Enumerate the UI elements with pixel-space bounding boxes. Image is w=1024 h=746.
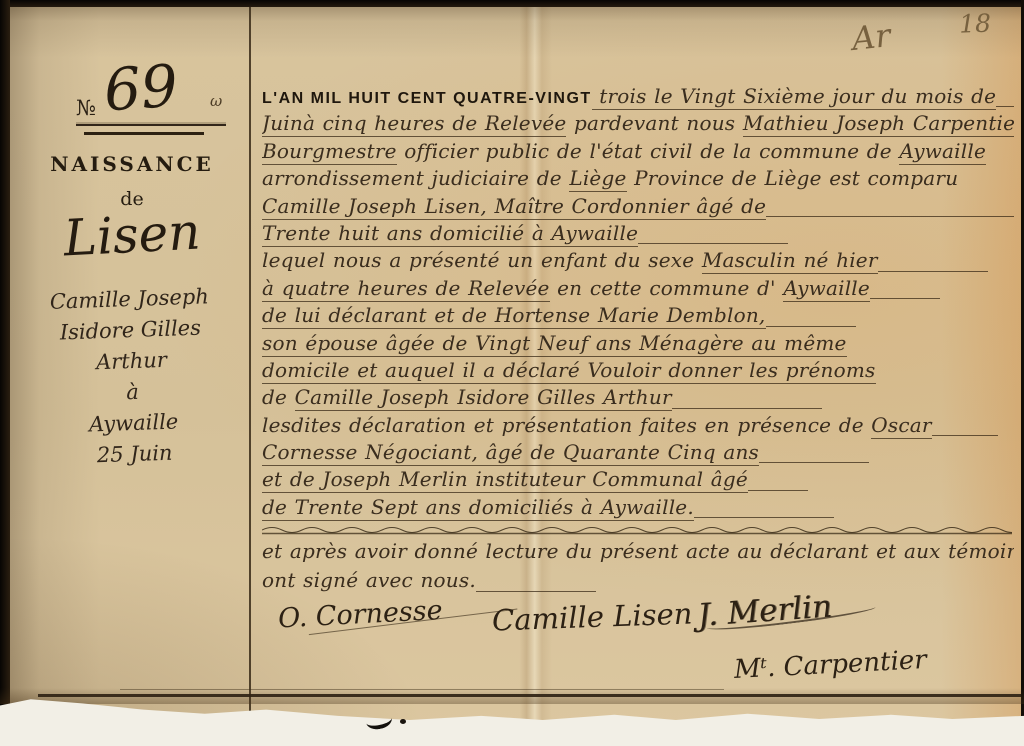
- handwritten-entry: à quatre heures de Relevée: [262, 276, 550, 302]
- pencil-initials: Ar: [850, 16, 892, 58]
- act-line: Camille Joseph Lisen, Maître Cordonnier …: [262, 194, 1014, 221]
- handwritten-entry: à cinq heures de Relevée: [303, 111, 566, 137]
- separator-rule: [262, 524, 1014, 536]
- handwritten-entry: de: [262, 385, 295, 409]
- handwritten-entry: Camille Joseph Isidore Gilles Arthur: [295, 385, 672, 411]
- ruled-blank: [476, 575, 596, 592]
- ruled-blank: [759, 446, 869, 463]
- column-divider-rule: [249, 7, 251, 712]
- act-line: Juinà cinq heures de Relevée pardevant n…: [262, 111, 1014, 138]
- act-line: de Trente Sept ans domiciliés à Aywaille…: [262, 495, 1014, 522]
- stray-ink-dot: [400, 719, 406, 724]
- act-line: L'AN MIL HUIT CENT QUATRE-VINGT trois le…: [262, 84, 1014, 111]
- handwritten-entry: lequel nous a présenté un enfant du sexe: [262, 248, 702, 272]
- margin-notes: Camille Joseph Isidore Gilles Arthur à A…: [15, 280, 249, 474]
- act-line: Trente huit ans domicilié à Aywaille: [262, 221, 1014, 248]
- handwritten-entry: en cette commune d': [550, 276, 784, 300]
- ruled-blank: [748, 474, 808, 491]
- handwritten-entry: pardevant nous: [566, 111, 742, 135]
- act-line: et de Joseph Merlin instituteur Communal…: [262, 467, 1014, 494]
- handwritten-entry: Camille Joseph Lisen, Maître Cordonnier …: [262, 194, 766, 220]
- handwritten-entry: Province de Liège est comparu: [627, 166, 959, 190]
- handwritten-entry: Liège: [569, 166, 626, 192]
- handwritten-entry: Mathieu Joseph Carpentier: [743, 111, 1014, 137]
- scanned-birth-record: { "corner_note": { "mark": "Ar", "number…: [0, 0, 1024, 746]
- margin-heading: NAISSANCE: [18, 152, 246, 176]
- ruled-blank: [694, 501, 834, 518]
- handwritten-entry: Bourgmestre: [262, 139, 397, 165]
- ruled-blank: [870, 282, 940, 299]
- handwritten-entry: Cornesse Négociant, âgé de Quarante Cinq…: [262, 440, 759, 466]
- scan-edge-left: [0, 0, 10, 712]
- ruled-blank: [638, 227, 788, 244]
- handwritten-entry: officier public de l'état civil de la co…: [397, 139, 900, 163]
- act-line: arrondissement judiciaire de Liège Provi…: [262, 166, 1014, 193]
- handwritten-entry: trois le Vingt Sixième jour du mois de: [592, 84, 996, 110]
- handwritten-entry: Oscar: [871, 413, 931, 439]
- act-number-label: №: [76, 96, 96, 120]
- act-body: L'AN MIL HUIT CENT QUATRE-VINGT trois le…: [262, 84, 1014, 596]
- act-line: domicile et auquel il a déclaré Vouloir …: [262, 358, 1014, 385]
- tear-shadow: [0, 688, 1024, 704]
- scan-edge-top: [0, 0, 1024, 7]
- handwritten-entry: Trente huit ans domicilié à: [262, 221, 552, 247]
- act-line: son épouse âgée de Vingt Neuf ans Ménagè…: [262, 331, 1014, 358]
- signature-declarant-lisen: Camille Lisen: [491, 597, 693, 638]
- act-line: Bourgmestre officier public de l'état ci…: [262, 139, 1014, 166]
- act-line: lequel nous a présenté un enfant du sexe…: [262, 248, 1014, 275]
- act-line: lesdites déclaration et présentation fai…: [262, 413, 1014, 440]
- act-line: de Camille Joseph Isidore Gilles Arthur: [262, 385, 1014, 412]
- handwritten-entry: Aywaille: [783, 276, 870, 302]
- child-surname: Lisen: [17, 200, 248, 270]
- ruled-blank: [932, 419, 998, 436]
- pencil-page-number: 18: [959, 9, 992, 39]
- handwritten-entry: Juin: [262, 111, 303, 137]
- act-line: et après avoir donné lecture du présent …: [262, 539, 1014, 568]
- act-line: Cornesse Négociant, âgé de Quarante Cinq…: [262, 440, 1014, 467]
- handwritten-entry: Aywaille: [552, 221, 639, 247]
- handwritten-entry: son épouse âgée de Vingt Neuf ans Ménagè…: [262, 331, 847, 357]
- handwritten-entry: Aywaille: [899, 139, 986, 165]
- handwritten-entry: de Trente Sept ans domiciliés à Aywaille…: [262, 495, 694, 521]
- ruled-blank: [878, 255, 988, 272]
- handwritten-entry: domicile et auquel il a déclaré Vouloir …: [262, 358, 876, 384]
- act-number-value: 69: [102, 52, 180, 125]
- ruled-blank: [766, 200, 1014, 217]
- handwritten-entry: ont signé avec nous.: [262, 568, 476, 592]
- act-line: de lui déclarant et de Hortense Marie De…: [262, 303, 1014, 330]
- act-line: ont signé avec nous.: [262, 568, 1014, 597]
- handwritten-entry: arrondissement judiciaire de: [262, 166, 569, 190]
- ink-flourish: ω: [210, 92, 222, 110]
- printed-form-text: L'AN MIL HUIT CENT QUATRE-VINGT: [262, 90, 592, 108]
- handwritten-entry: et de Joseph Merlin instituteur Communal…: [262, 467, 748, 493]
- handwritten-entry: de lui déclarant et de Hortense Marie De…: [262, 303, 766, 329]
- handwritten-entry: Masculin né hier: [702, 248, 878, 274]
- underline-rule: [84, 132, 204, 135]
- act-line: à quatre heures de Relevée en cette comm…: [262, 276, 1014, 303]
- handwritten-entry: et après avoir donné lecture du présent …: [262, 539, 1014, 563]
- ruled-blank: [672, 392, 822, 409]
- underline-rule: [76, 122, 226, 126]
- ruled-blank: [996, 90, 1014, 107]
- handwritten-entry: lesdites déclaration et présentation fai…: [262, 413, 871, 437]
- ruled-blank: [766, 310, 856, 327]
- pencil-archive-note: Ar 18: [850, 16, 892, 58]
